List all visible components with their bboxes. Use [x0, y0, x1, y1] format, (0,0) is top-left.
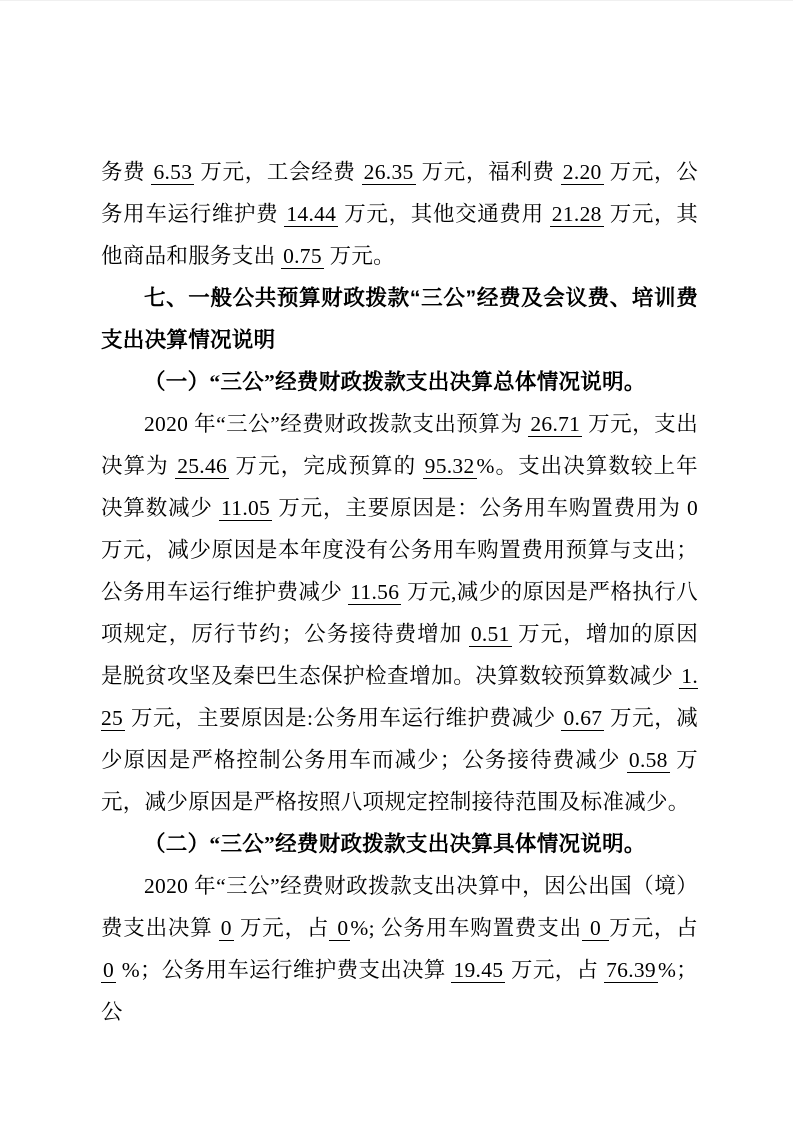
text-run: 务费	[101, 160, 151, 184]
text-run: （二）“三公”经费财政拨款支出决算具体情况说明。	[144, 832, 646, 856]
text-run: 万元，占	[505, 958, 604, 982]
heading-sub-two: （二）“三公”经费财政拨款支出决算具体情况说明。	[101, 823, 698, 865]
underlined-value: 0	[329, 916, 350, 941]
underlined-value: 26.35	[362, 160, 416, 185]
text-run: 万元，占	[609, 916, 698, 940]
document-body: 务费 6.53 万元，工会经费 26.35 万元，福利费 2.20 万元，公务用…	[101, 151, 698, 1033]
underlined-value: 21.28	[550, 202, 604, 227]
document-page: 务费 6.53 万元，工会经费 26.35 万元，福利费 2.20 万元，公务用…	[0, 0, 793, 1123]
para-overall-situation: 2020 年“三公”经费财政拨款支出预算为 26.71 万元，支出决算为 25.…	[101, 403, 698, 823]
underlined-value: 2.20	[561, 160, 604, 185]
underlined-value: 0.67	[561, 706, 604, 731]
para-expense-breakdown-continuation: 务费 6.53 万元，工会经费 26.35 万元，福利费 2.20 万元，公务用…	[101, 151, 698, 277]
text-run: 万元，占	[234, 916, 329, 940]
underlined-value: 0.58	[627, 748, 670, 773]
underlined-value: 0	[582, 916, 609, 941]
underlined-value: 11.56	[348, 580, 401, 605]
text-run: 万元，福利费	[416, 160, 561, 184]
underlined-value: 19.45	[451, 958, 505, 983]
text-run: %；公务用车运行维护费支出决算	[116, 958, 451, 982]
underlined-value: 11.05	[219, 496, 272, 521]
underlined-value: 76.39	[604, 958, 658, 983]
underlined-value: 14.44	[284, 202, 338, 227]
heading-section-seven: 七、一般公共预算财政拨款“三公”经费及会议费、培训费支出决算情况说明	[101, 277, 698, 361]
text-run: 万元，工会经费	[194, 160, 361, 184]
underlined-value: 25.46	[175, 454, 229, 479]
text-run: 万元，其他交通费用	[338, 202, 550, 226]
underlined-value: 6.53	[151, 160, 194, 185]
underlined-value: 0.75	[281, 244, 324, 269]
underlined-value: 95.32	[423, 454, 477, 479]
text-run: %; 公务用车购置费支出	[350, 916, 581, 940]
text-run: 七、一般公共预算财政拨款“三公”经费及会议费、培训费支出决算情况说明	[101, 286, 698, 352]
underlined-value: 0.51	[469, 622, 512, 647]
para-detail-situation: 2020 年“三公”经费财政拨款支出决算中，因公出国（境）费支出决算 0 万元，…	[101, 865, 698, 1033]
underlined-value: 26.71	[528, 412, 582, 437]
text-run: 万元，主要原因是:公务用车运行维护费减少	[125, 706, 561, 730]
heading-sub-one: （一）“三公”经费财政拨款支出决算总体情况说明。	[101, 361, 698, 403]
text-run: 万元。	[324, 244, 395, 268]
underlined-value: 0	[101, 958, 116, 983]
text-run: （一）“三公”经费财政拨款支出决算总体情况说明。	[144, 370, 646, 394]
text-run: 万元，完成预算的	[229, 454, 423, 478]
underlined-value: 0	[219, 916, 234, 941]
text-run: 2020 年“三公”经费财政拨款支出预算为	[144, 412, 528, 436]
